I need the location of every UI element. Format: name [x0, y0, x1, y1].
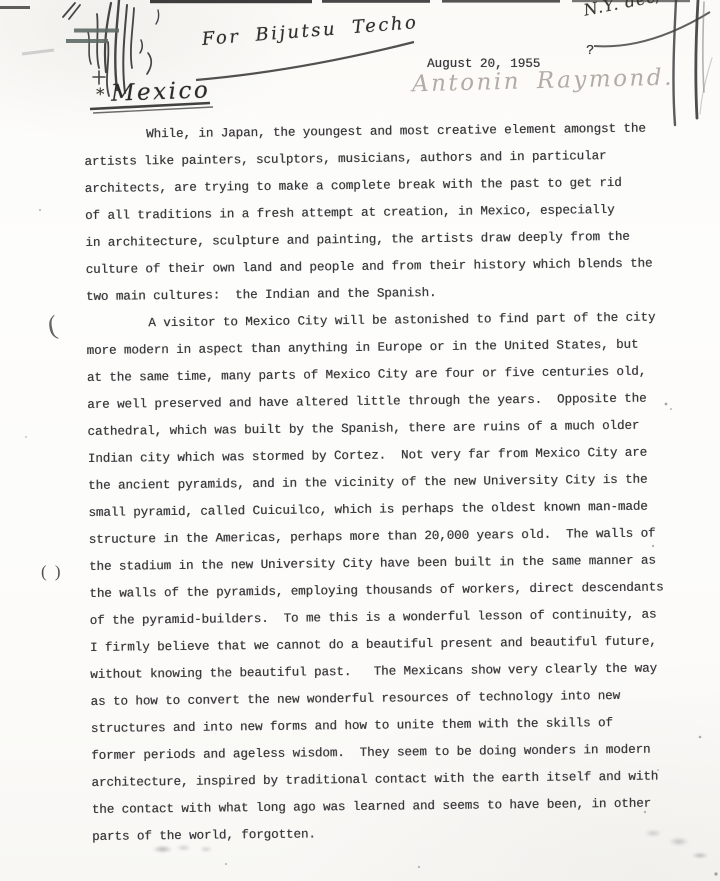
paper-fold-lines: [673, 0, 712, 125]
document-title: Mexico: [111, 77, 211, 106]
scanned-page: For Bijutsu Techo N.Y. dec/4, '8) * Mexi…: [0, 0, 720, 881]
crayon-marks: [66, 29, 119, 44]
typed-body: While, in Japan, the youngest and most c…: [84, 115, 708, 851]
title-asterisk: *: [96, 85, 105, 105]
margin-mark-parens: ( ): [41, 562, 63, 582]
faint-pencil-dash: [22, 50, 54, 54]
corner-note-underline: [594, 12, 710, 46]
typed-question-mark: ?: [586, 44, 594, 59]
